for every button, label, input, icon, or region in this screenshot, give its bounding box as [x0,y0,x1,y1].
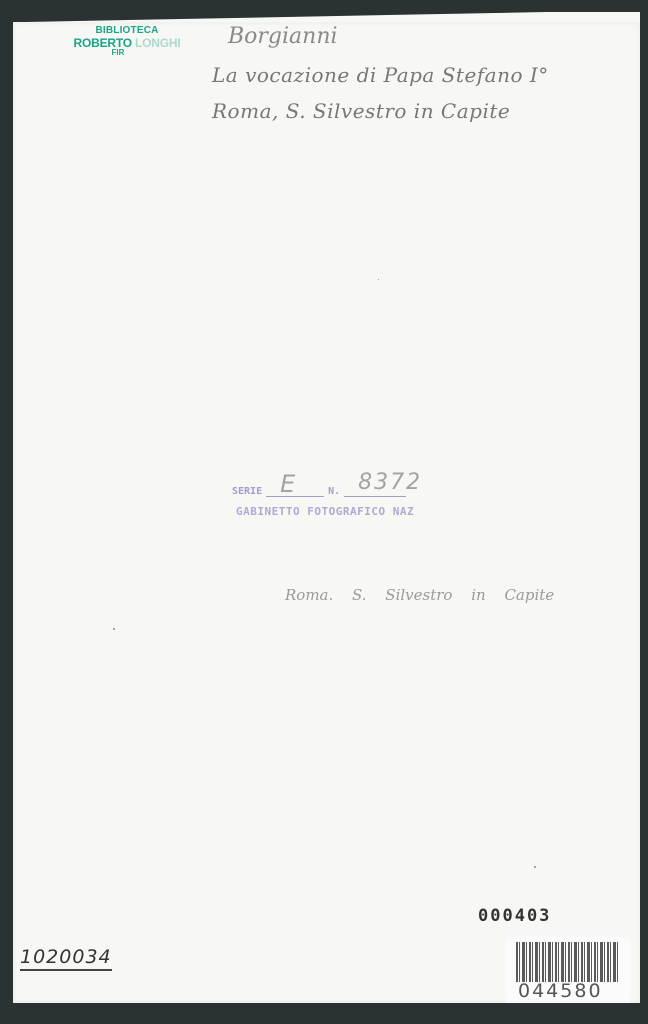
number-field: 8372 [344,482,406,497]
barcode-icon [516,942,618,982]
paper-speck [534,866,536,868]
handwritten-secondary-note: Roma. S. Silvestro in Capite [285,586,554,604]
library-stamp-line3: FIR [44,49,192,57]
library-stamp-line2: ROBERTO LONGHI [62,37,192,50]
barcode-label: 044580 [506,937,630,1003]
handwritten-author: Borgianni [228,24,338,49]
inventory-number: 1020034 [20,946,112,971]
handwritten-title: La vocazione di Papa Stefano I° [212,63,549,87]
number-label: N. [328,486,340,497]
stamped-number: 000403 [478,906,551,926]
series-field: E [266,482,324,497]
barcode-number: 044580 [518,980,603,1002]
handwritten-location: Roma, S. Silvestro in Capite [212,99,510,123]
paper-speck [113,628,115,630]
library-stamp: BIBLIOTECA ROBERTO LONGHI FIR [62,26,192,57]
archive-stamp: SERIE E N. 8372 GABINETTO FOTOGRAFICO NA… [232,482,414,518]
number-value: 8372 [358,472,422,494]
institution-name: GABINETTO FOTOGRAFICO NAZ [236,505,414,518]
paper-speck [378,279,379,280]
series-label: SERIE [232,486,262,497]
series-value: E [280,472,295,496]
